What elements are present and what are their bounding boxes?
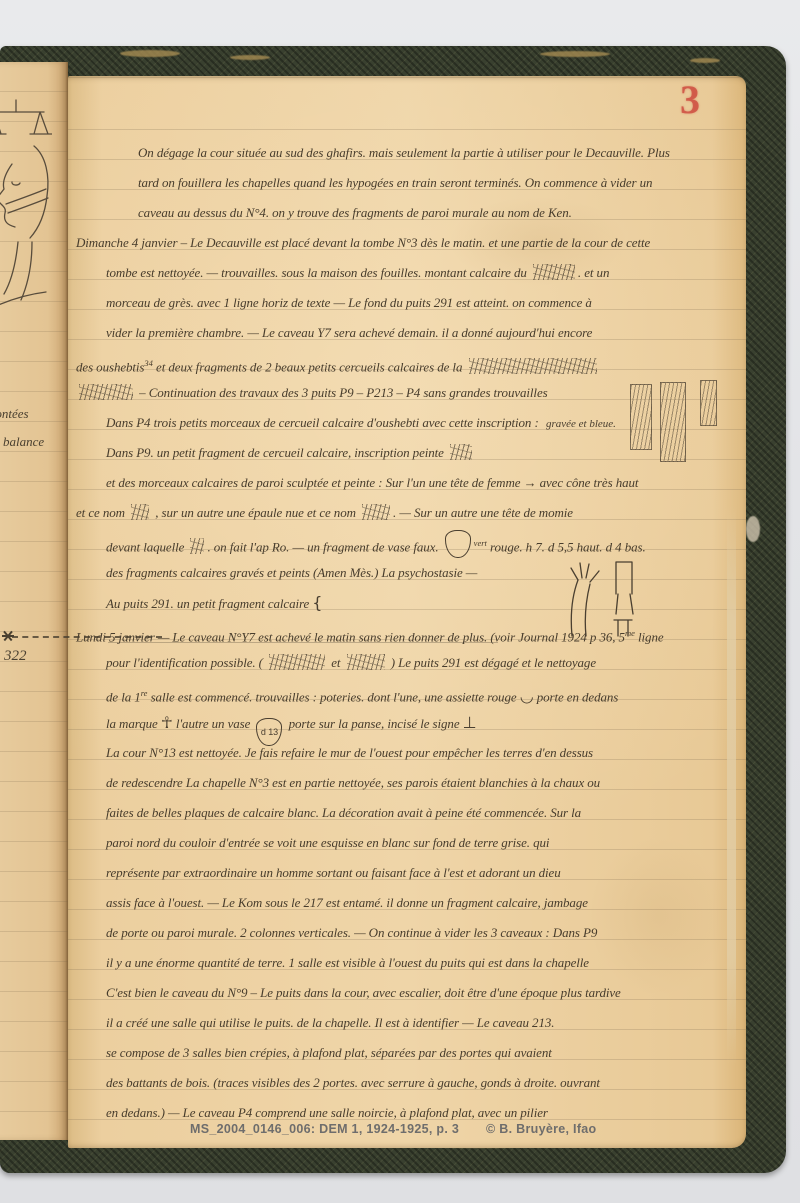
sign-sketch: ◡ (520, 686, 534, 705)
inscription-annotation: gravée et bleue. (546, 418, 616, 430)
handwritten-text: la marque (106, 716, 161, 731)
hieroglyph-sketch (347, 654, 385, 670)
handwritten-line: tombe est nettoyée. — trouvailles. sous … (106, 258, 746, 288)
journal-page: 3 On dégage la cour située au sud des gh… (68, 76, 746, 1148)
journal-paragraph: On dégage la cour située au sud des ghaf… (68, 138, 746, 228)
previous-page-edge: montées e balance 322 (0, 62, 68, 1140)
cover-wear-spot (230, 55, 270, 60)
handwritten-line: et des morceaux calcaires de paroi sculp… (106, 468, 746, 498)
hands-fragment-sketch (556, 554, 660, 640)
handwritten-text: et deux fragments de 2 beaux petits cerc… (153, 359, 466, 374)
handwritten-text: Au puits 291. un petit fragment calcaire (106, 596, 312, 611)
hieroglyph-sketch (533, 264, 575, 280)
handwritten-text: tombe est nettoyée. — trouvailles. sous … (106, 265, 530, 280)
handwritten-text: pour l'identification possible. ( (106, 655, 266, 670)
sign-sketch: { (312, 593, 322, 612)
handwritten-line: se compose de 3 salles bien crépies, à p… (106, 1038, 746, 1068)
hieroglyph-sketch (469, 358, 597, 374)
footer-manuscript-id: MS_2004_0146_006: DEM 1, 1924-1925, p. 3 (190, 1122, 459, 1136)
handwritten-text: On dégage la cour située au sud des ghaf… (138, 145, 670, 160)
handwritten-text: – Continuation des travaux des 3 puits P… (136, 385, 548, 400)
handwritten-text: rouge. h 7. d 5,5 haut. d 4 bas. (487, 539, 646, 554)
handwritten-line: la marque ☥ l'autre un vase d 13 porte s… (106, 708, 746, 738)
page-block-edge (727, 506, 736, 1066)
handwritten-line: paroi nord du couloir d'entrée se voit u… (106, 828, 746, 858)
margin-word-fragment: montées (0, 406, 29, 422)
manuscript-photo: montées e balance 322 3 On dégage la cou… (0, 0, 800, 1203)
handwritten-line: représente par extraordinaire un homme s… (106, 858, 746, 888)
handwritten-text: et des morceaux calcaires de paroi sculp… (106, 475, 638, 490)
handwritten-text: vider la première chambre. — Le caveau Y… (106, 325, 592, 340)
handwritten-text: salle est commencé. trouvailles : poteri… (147, 689, 519, 704)
handwritten-text: morceau de grès. avec 1 ligne horiz de t… (106, 295, 592, 310)
handwritten-line: de la 1re salle est commencé. trouvaille… (106, 678, 746, 708)
margin-number: 322 (4, 648, 27, 665)
handwritten-text: de la 1 (106, 689, 141, 704)
handwritten-text: Dimanche 4 janvier – Le Decauville est p… (76, 235, 650, 250)
sign-sketch: ⊥ (463, 713, 477, 732)
cover-wear-spot (120, 50, 180, 57)
vase-sketch (445, 530, 471, 558)
cover-wear-spot (540, 51, 610, 57)
handwritten-text: de redescendre La chapelle N°3 est en pa… (106, 775, 600, 790)
margin-dash-line (12, 636, 162, 638)
handwritten-text: caveau au dessus du N°4. on y trouve des… (138, 205, 572, 220)
superscript-note: 34 (144, 358, 153, 368)
handwritten-line: vider la première chambre. — Le caveau Y… (106, 318, 746, 348)
handwritten-line: tard on fouillera les chapelles quand le… (138, 168, 746, 198)
handwritten-line: il y a une énorme quantité de terre. 1 s… (106, 948, 746, 978)
handwritten-text: Dans P9. un petit fragment de cercueil c… (106, 445, 447, 460)
pencil-underline (108, 642, 498, 643)
handwritten-text: et ce nom (76, 505, 128, 520)
handwritten-text: il a créé une salle qui utilise le puits… (106, 1015, 554, 1030)
hieroglyph-sketch (362, 504, 390, 520)
handwritten-text: en dedans.) — Le caveau P4 comprend une … (106, 1105, 548, 1120)
margin-word-fragment: e balance (0, 434, 44, 450)
handwritten-line: C'est bien le caveau du N°9 – Le puits d… (106, 978, 746, 1008)
handwritten-text: assis face à l'ouest. — Le Kom sous le 2… (106, 895, 588, 910)
handwritten-text: et (328, 655, 343, 670)
journal-paragraph: Lundi 5 janvier — Le caveau N°Y7 est ach… (68, 618, 746, 1128)
handwritten-text: il y a une énorme quantité de terre. 1 s… (106, 955, 589, 970)
handwritten-line: de porte ou paroi murale. 2 colonnes ver… (106, 918, 746, 948)
hieroglyph-sketch (269, 654, 325, 670)
handwritten-line: et ce nom , sur un autre une épaule nue … (76, 498, 746, 528)
hieroglyph-sketch (79, 384, 133, 400)
handwritten-line: morceau de grès. avec 1 ligne horiz de t… (106, 288, 746, 318)
handwritten-line: Dimanche 4 janvier – Le Decauville est p… (76, 228, 746, 258)
handwritten-text: Dans P4 trois petits morceaux de cercuei… (106, 415, 539, 430)
handwritten-line: des battants de bois. (traces visibles d… (106, 1068, 746, 1098)
handwritten-text: représente par extraordinaire un homme s… (106, 865, 561, 880)
handwritten-line: il a créé une salle qui utilise le puits… (106, 1008, 746, 1038)
handwritten-text: La cour N°13 est nettoyée. Je fais refai… (106, 745, 593, 760)
handwritten-line: de redescendre La chapelle N°3 est en pa… (106, 768, 746, 798)
cover-wear-spot (690, 58, 720, 63)
handwritten-text: des oushebtis (76, 359, 144, 374)
hieroglyph-column-sketch (630, 384, 652, 450)
handwritten-text: porte sur la panse, incisé le signe (285, 716, 462, 731)
handwritten-text: de porte ou paroi murale. 2 colonnes ver… (106, 925, 597, 940)
margin-x-mark (2, 630, 14, 642)
handwritten-text: des battants de bois. (traces visibles d… (106, 1075, 600, 1090)
handwritten-text: . on fait l'ap Ro. — un fragment de vase… (207, 539, 441, 554)
handwritten-text: l'autre un vase (173, 716, 254, 731)
handwritten-text: paroi nord du couloir d'entrée se voit u… (106, 835, 549, 850)
hieroglyph-sketch (190, 538, 204, 554)
handwritten-text: faites de belles plaques de calcaire bla… (106, 805, 581, 820)
handwritten-text: des fragments calcaires gravés et peints… (106, 565, 477, 580)
hieroglyph-sketch (131, 504, 149, 520)
hieroglyph-column-sketch (660, 382, 686, 462)
handwritten-line: faites de belles plaques de calcaire bla… (106, 798, 746, 828)
handwritten-line: des oushebtis34 et deux fragments de 2 b… (76, 348, 746, 378)
handwritten-line: caveau au dessus du N°4. on y trouve des… (138, 198, 746, 228)
handwritten-text: . et un (578, 265, 609, 280)
handwritten-text: C'est bien le caveau du N°9 – Le puits d… (106, 985, 621, 1000)
handwritten-line: assis face à l'ouest. — Le Kom sous le 2… (106, 888, 746, 918)
handwritten-text: , sur un autre une épaule nue et ce nom (152, 505, 359, 520)
handwritten-text: tard on fouillera les chapelles quand le… (138, 175, 652, 190)
handwritten-text: ) Le puits 291 est dégagé et le nettoyag… (388, 655, 596, 670)
head-and-scales-sketch (0, 92, 52, 342)
handwritten-text: . — Sur un autre une tête de momie (393, 505, 573, 520)
hieroglyph-sketch (450, 444, 472, 460)
cover-wear-spot (746, 516, 760, 542)
handwritten-text: porte en dedans (534, 689, 619, 704)
sign-sketch: ☥ (161, 713, 173, 732)
handwritten-line: pour l'identification possible. ( et ) L… (106, 648, 746, 678)
hieroglyph-column-sketch (700, 380, 717, 426)
handwritten-text: devant laquelle (106, 539, 187, 554)
footer-copyright: © B. Bruyère, Ifao (486, 1122, 596, 1136)
handwritten-line: On dégage la cour située au sud des ghaf… (138, 138, 746, 168)
handwritten-text: se compose de 3 salles bien crépies, à p… (106, 1045, 552, 1060)
handwritten-line: La cour N°13 est nettoyée. Je fais refai… (106, 738, 746, 768)
superscript-note: vert (474, 538, 487, 548)
